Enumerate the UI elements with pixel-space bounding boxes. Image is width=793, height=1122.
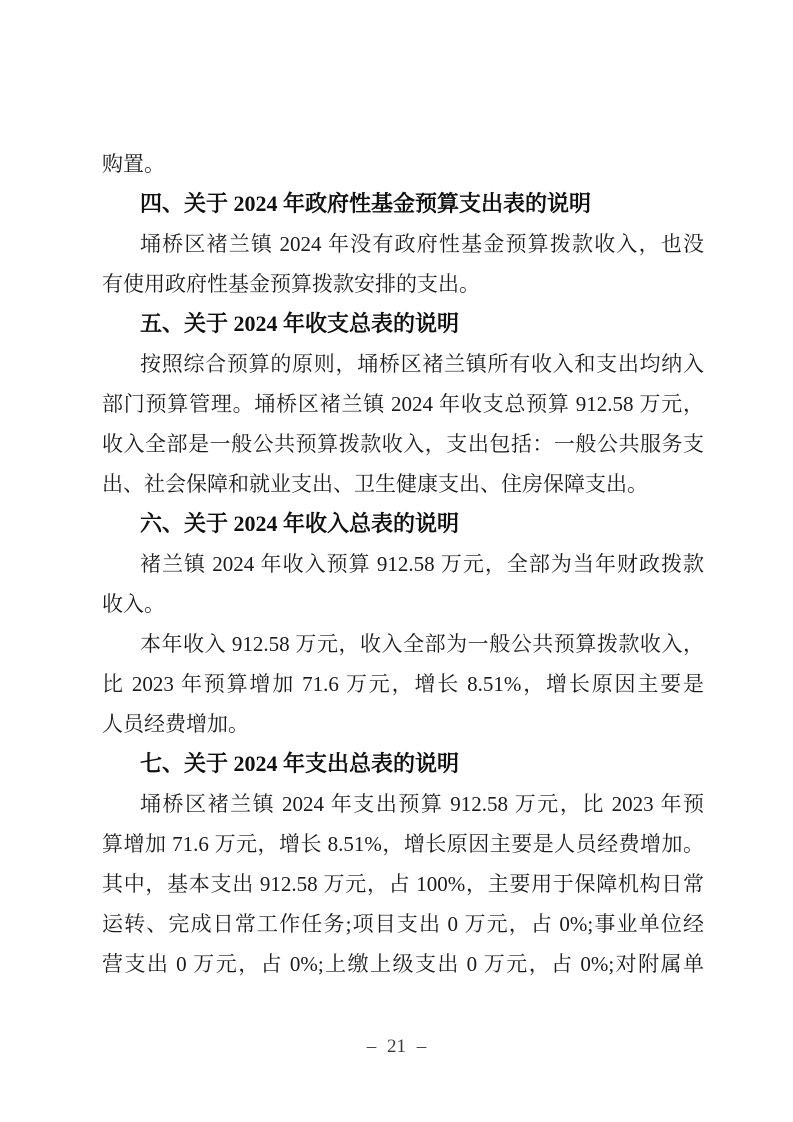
page-footer: – 21 – xyxy=(0,1032,793,1062)
text-line: 有使用政府性基金预算拨款安排的支出。 xyxy=(102,264,704,304)
paragraph-tail-line: 购置。 xyxy=(102,144,704,184)
text-line: 部门预算管理。埇桥区褚兰镇 2024 年收支总预算 912.58 万元， xyxy=(102,384,704,424)
document-body: 购置。 四、关于 2024 年政府性基金预算支出表的说明 埇桥区褚兰镇 2024… xyxy=(102,144,704,984)
text-line: 营支出 0 万元，占 0%;上缴上级支出 0 万元，占 0%;对附属单 xyxy=(102,944,704,984)
text-line: 出、社会保障和就业支出、卫生健康支出、住房保障支出。 xyxy=(102,464,704,504)
text-line: 收入全部是一般公共预算拨款收入，支出包括：一般公共服务支 xyxy=(102,424,704,464)
text-line: 算增加 71.6 万元，增长 8.51%，增长原因主要是人员经费增加。 xyxy=(102,824,704,864)
text-line: 按照综合预算的原则，埇桥区褚兰镇所有收入和支出均纳入 xyxy=(102,344,704,384)
text-line: 本年收入 912.58 万元，收入全部为一般公共预算拨款收入， xyxy=(102,624,704,664)
page-number: – 21 – xyxy=(367,1036,427,1057)
text-line: 运转、完成日常工作任务;项目支出 0 万元，占 0%;事业单位经 xyxy=(102,904,704,944)
text-line: 人员经费增加。 xyxy=(102,704,704,744)
text-line: 比 2023 年预算增加 71.6 万元，增长 8.51%，增长原因主要是 xyxy=(102,664,704,704)
document-page: 购置。 四、关于 2024 年政府性基金预算支出表的说明 埇桥区褚兰镇 2024… xyxy=(0,0,793,1122)
section-heading-5: 五、关于 2024 年收支总表的说明 xyxy=(102,304,704,344)
text-line: 收入。 xyxy=(102,584,704,624)
text-line: 其中，基本支出 912.58 万元，占 100%，主要用于保障机构日常 xyxy=(102,864,704,904)
section-heading-6: 六、关于 2024 年收入总表的说明 xyxy=(102,504,704,544)
text-line: 埇桥区褚兰镇 2024 年支出预算 912.58 万元，比 2023 年预 xyxy=(102,784,704,824)
section-heading-4: 四、关于 2024 年政府性基金预算支出表的说明 xyxy=(102,184,704,224)
section-heading-7: 七、关于 2024 年支出总表的说明 xyxy=(102,744,704,784)
text-line: 褚兰镇 2024 年收入预算 912.58 万元，全部为当年财政拨款 xyxy=(102,544,704,584)
text-line: 埇桥区褚兰镇 2024 年没有政府性基金预算拨款收入，也没 xyxy=(102,224,704,264)
